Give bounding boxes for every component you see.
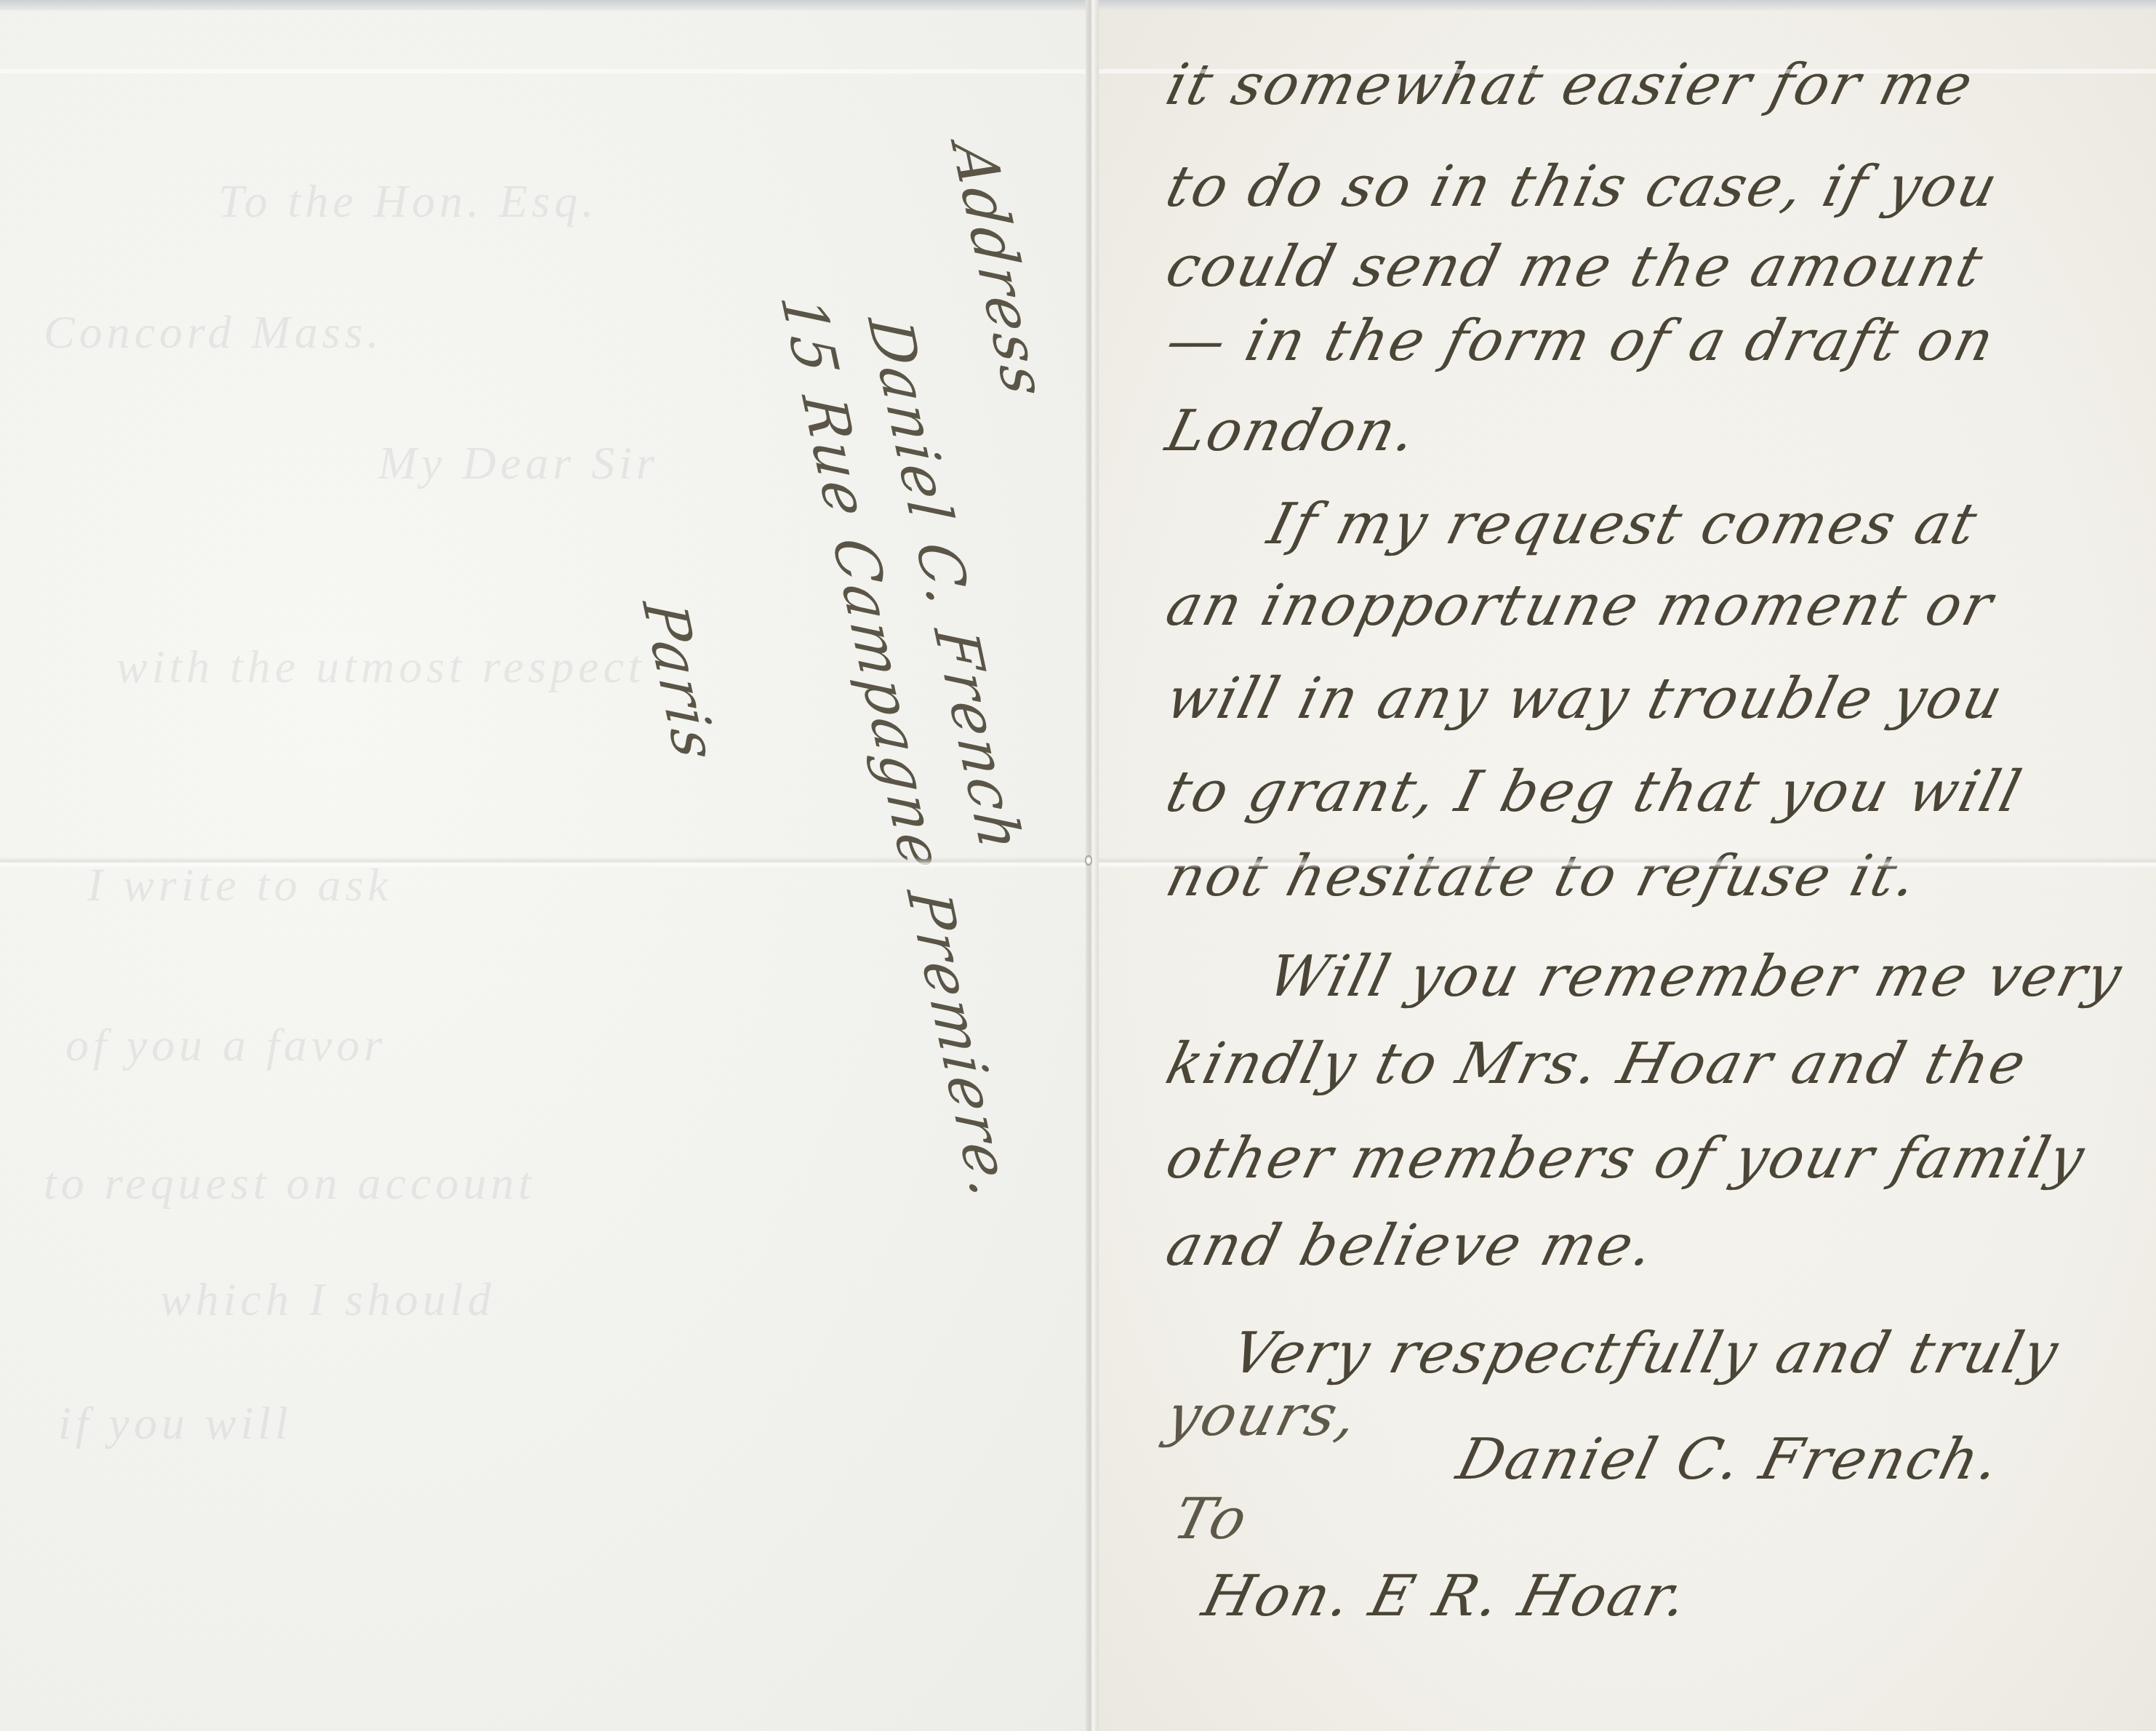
pinhole-mark xyxy=(1085,855,1092,865)
letter-line: — in the form of a draft on xyxy=(1160,308,2002,374)
bleed-through-line: to request on account xyxy=(44,1156,535,1210)
bleed-through-line: with the utmost respect xyxy=(116,640,646,694)
letter-line: could send me the amount xyxy=(1160,234,1991,300)
addressee-prefix: To xyxy=(1167,1487,1255,1552)
center-fold-gutter xyxy=(1086,0,1099,1731)
bleed-through-line: My Dear Sir xyxy=(378,436,659,490)
horizontal-fold-crease xyxy=(0,857,2156,868)
letter-line: will in any way trouble you xyxy=(1160,666,2011,732)
letter-line: to do so in this case, if you xyxy=(1160,154,2005,220)
scan-highlight-line xyxy=(0,69,2156,73)
closing-yours: yours, xyxy=(1160,1383,1366,1449)
letter-line: not hesitate to refuse it. xyxy=(1160,844,1925,909)
letter-line: London. xyxy=(1160,399,1424,464)
letter-line: If my request comes at xyxy=(1262,492,1985,557)
letter-line: other members of your family xyxy=(1160,1126,2093,1191)
bleed-through-line: Concord Mass. xyxy=(44,305,383,359)
bleed-through-line: To the Hon. Esq. xyxy=(218,175,598,228)
scan-top-edge xyxy=(0,0,2156,10)
bleed-through-line: of you a favor xyxy=(65,1018,386,1072)
letter-line: and believe me. xyxy=(1160,1213,1662,1279)
addressee: Hon. E R. Hoar. xyxy=(1196,1564,1696,1629)
letter-line: Will you remember me very xyxy=(1262,944,2130,1010)
letter-line: an inopportune moment or xyxy=(1160,573,2001,639)
signature: Daniel C. French. xyxy=(1451,1427,2008,1492)
letter-line: it somewhat easier for me xyxy=(1160,52,1981,118)
letter-sheet: To the Hon. Esq. Concord Mass. My Dear S… xyxy=(0,0,2156,1731)
closing-line: Very respectfully and truly xyxy=(1225,1321,2067,1386)
bleed-through-line: which I should xyxy=(160,1273,495,1327)
bleed-through-line: if you will xyxy=(58,1396,292,1450)
address-label: Address xyxy=(937,143,1061,399)
letter-line: kindly to Mrs. Hoar and the xyxy=(1160,1031,2034,1097)
letter-line: to grant, I beg that you will xyxy=(1160,759,2029,825)
